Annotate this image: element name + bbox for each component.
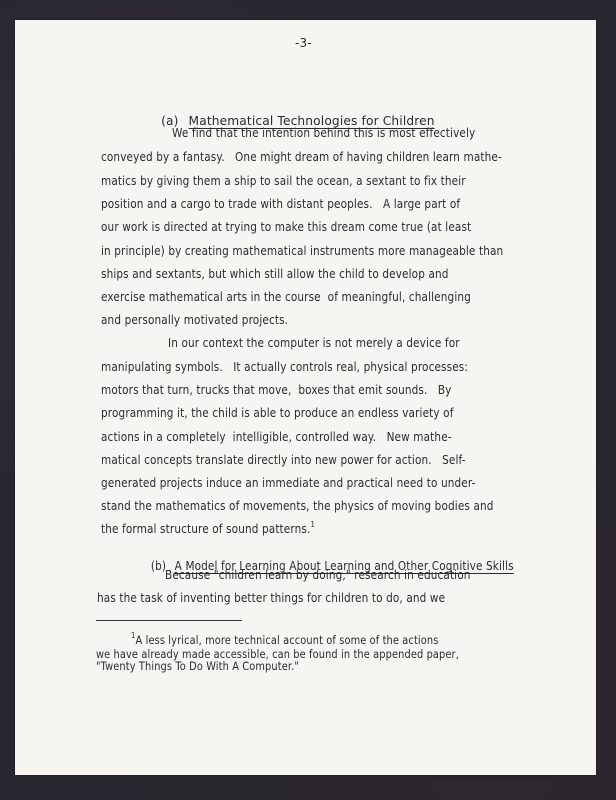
paragraph-line: and personally motivated projects. [101,313,288,327]
paragraph-line: We find that the intention behind this i… [172,126,475,140]
paragraph-line: has the task of inventing better things … [97,591,445,605]
footnote-divider [96,620,242,621]
paragraph-line: stand the mathematics of movements, the … [101,499,494,513]
paragraph-line: position and a cargo to trade with dista… [101,197,460,211]
paragraph-line-text: the formal structure of sound patterns. [101,522,310,536]
paragraph-line: In our context the computer is not merel… [168,336,460,350]
paragraph-line: generated projects induce an immediate a… [101,476,476,490]
paragraph-last-line: the formal structure of sound patterns.1 [101,522,315,536]
paragraph-line: manipulating symbols. It actually contro… [101,360,468,374]
section-b-label: (b) [151,559,166,573]
paragraph-line: Because "children learn by doing," resea… [165,568,471,582]
paragraph-line: our work is directed at trying to make t… [101,220,471,234]
paragraph-line: ships and sextants, but which still allo… [101,267,449,281]
paragraph-line: matics by giving them a ship to sail the… [101,174,466,188]
paragraph-line: actions in a completely intelligible, co… [101,430,452,444]
page-number: -3- [295,36,312,50]
footnote-text: A less lyrical, more technical account o… [136,633,439,647]
paragraph-line: programming it, the child is able to pro… [101,406,454,420]
paragraph-line: conveyed by a fantasy. One might dream o… [101,150,502,164]
paragraph-line: in principle) by creating mathematical i… [101,244,503,258]
footnote-line: 1A less lyrical, more technical account … [131,633,438,647]
paragraph-line: matical concepts translate directly into… [101,453,466,467]
footnote-line: "Twenty Things To Do With A Computer." [96,659,299,673]
footnote-reference: 1 [310,520,315,529]
document-page: -3- (a)Mathematical Technologies for Chi… [15,20,596,775]
paragraph-line: exercise mathematical arts in the course… [101,290,471,304]
paragraph-line: motors that turn, trucks that move, boxe… [101,383,451,397]
